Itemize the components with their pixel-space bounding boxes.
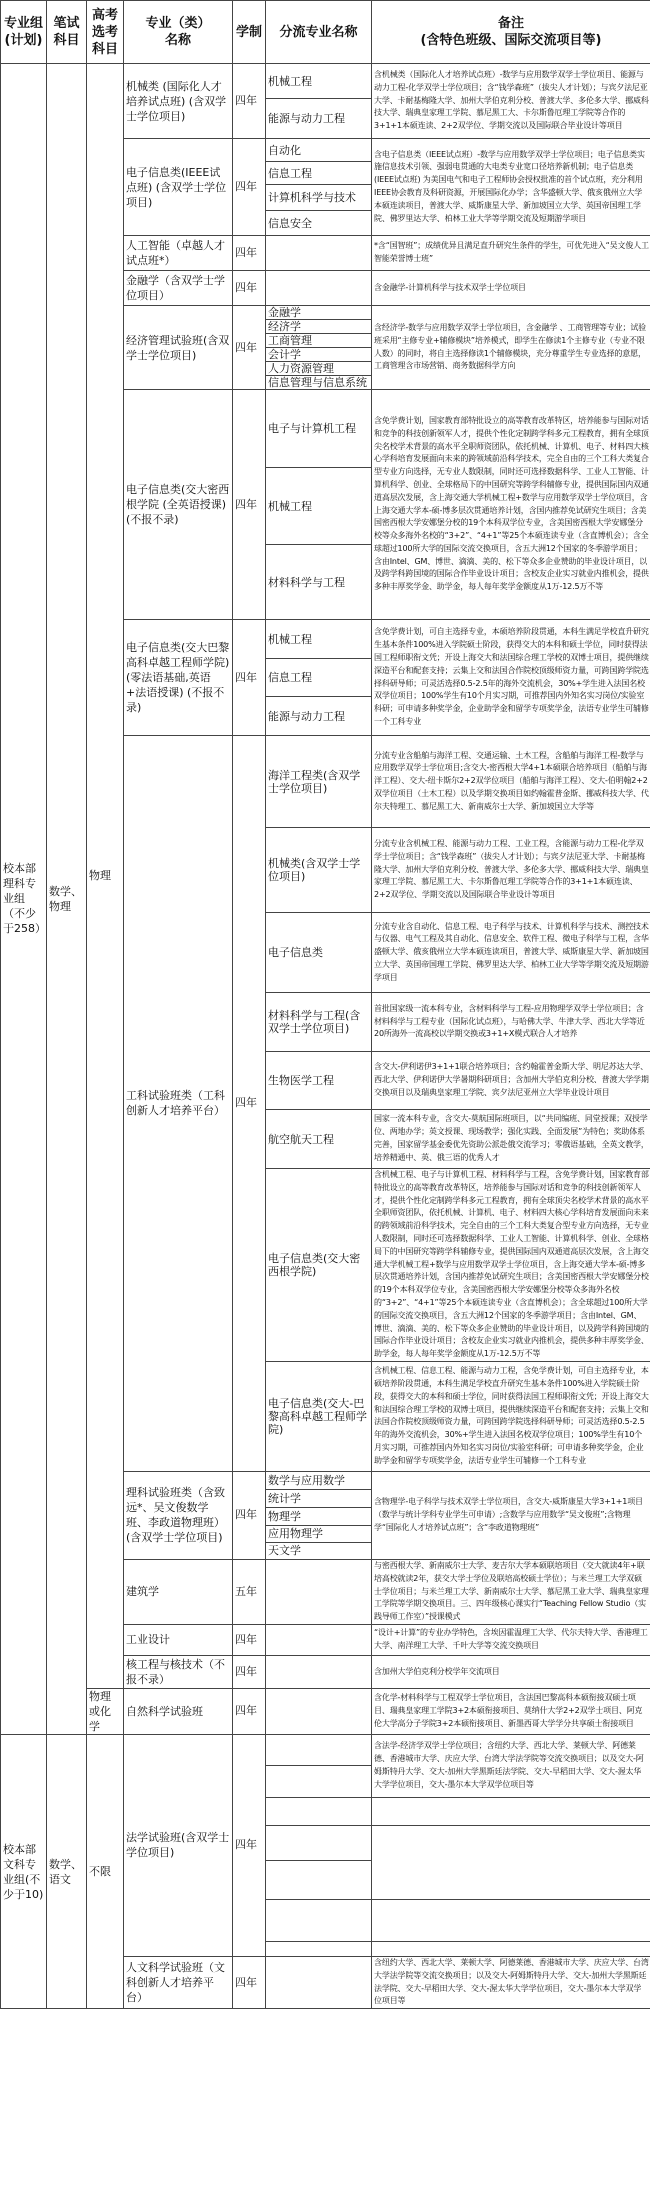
sub-major-name-text: 航空航天工程 — [268, 1133, 334, 1146]
notes: 含免学费计划，国家教育部特批设立的高等教育改革特区，培养能参与国际对话和竞争的科… — [372, 390, 650, 620]
notes: 含物理学-电子科学与技术双学士学位项目，含交大-威斯康星大学3+1+1项目（数学… — [372, 1471, 650, 1559]
notes: 含免学费计划，可自主选择专业，本硕培养阶段贯通，本科生满足学校直升研究生基本条件… — [372, 620, 650, 736]
sub-major-name: 应用物理学 — [266, 1525, 372, 1542]
sub-major-name-text: 电子信息类(交大-巴黎高科卓越工程师学院) — [268, 1397, 367, 1436]
study-length: 四年 — [233, 1956, 266, 2008]
notes-text: 含交大-伊利诺伊3+1+1联合培养项目；含约翰霍普金斯大学、明尼苏达大学、西北大… — [374, 1062, 649, 1097]
header-group-label: 专业组 (计划) — [4, 16, 43, 48]
major-name: 机械类 (国际化人才培养试点班) (含双学士学位项目) — [124, 64, 233, 139]
notes-text: 含物理学-电子科学与技术双学士学位项目，含交大-威斯康星大学3+1+1项目（数学… — [374, 1497, 643, 1532]
major-name: 法学试验班(含双学士学位项目) — [124, 1734, 233, 1956]
written-exam-subjects-text: 数学、物理 — [49, 885, 82, 913]
major-name: 电子信息类(交大密西根学院 (全英语授课) (不报不录) — [124, 390, 233, 620]
selected-subject-text: 不限 — [89, 1865, 111, 1878]
written-exam-subjects-text: 数学、语文 — [49, 1858, 82, 1886]
major-name-text: 金融学（含双学士学位项目） — [126, 274, 225, 302]
major-name: 自然科学试验班 — [124, 1688, 233, 1734]
selected-subject: 不限 — [87, 1734, 124, 2008]
sub-major-name-text: 会计学 — [268, 348, 301, 361]
sub-major-name: 人力资源管理 — [266, 362, 372, 376]
selected-subject-text: 物理 — [89, 869, 111, 882]
study-length: 四年 — [233, 390, 266, 620]
sub-major-name-text: 机械工程 — [268, 500, 312, 513]
sub-major-name-text: 能源与动力工程 — [268, 112, 345, 125]
written-exam-subjects: 数学、物理 — [47, 64, 87, 1735]
header-major-name: 专业（类） 名称 — [124, 1, 233, 64]
notes-text: 含机械工程、信息工程、能源与动力工程，含免学费计划，可自主选择专业，本硕培养阶段… — [374, 1366, 649, 1465]
notes: 含经济学-数学与应用数学双学士学位项目，含金融学 、工商管理等专业；试验班采用“… — [372, 306, 650, 390]
study-length-text: 四年 — [235, 1665, 257, 1678]
notes: *含“国智班”；成绩优异且满足直升研究生条件的学生，可优先进入“吴文俊人工智能荣… — [372, 236, 650, 271]
sub-major-name — [266, 1825, 372, 1860]
sub-major-name — [266, 1797, 372, 1825]
major-name-text: 自然科学试验班 — [126, 1705, 203, 1718]
header-group: 专业组 (计划) — [1, 1, 47, 64]
admission-majors-table: 专业组 (计划) 笔试 科目 高考 选考 科目 专业（类） 名称 学制 分流专业… — [0, 0, 650, 2009]
study-length-text: 四年 — [235, 94, 257, 107]
sub-major-name-text: 材料科学与工程(含双学士学位项目) — [268, 1009, 360, 1035]
sub-major-empty — [266, 1956, 372, 2008]
sub-major-empty — [266, 271, 372, 306]
major-name-text: 电子信息类(交大巴黎高科卓越工程师学院)(零法语基础,英语+法语授课) (不报不… — [126, 641, 229, 714]
sub-major-name-text: 统计学 — [268, 1492, 301, 1505]
sub-major-name: 会计学 — [266, 348, 372, 362]
study-length: 四年 — [233, 139, 266, 236]
sub-major-name-text: 应用物理学 — [268, 1527, 323, 1540]
sub-major-name — [266, 1765, 372, 1797]
study-length: 四年 — [233, 271, 266, 306]
major-name-text: 人文科学试验班（文科创新人才培养平台） — [126, 1961, 225, 2004]
major-name: 建筑学 — [124, 1559, 233, 1624]
header-written-exam: 笔试 科目 — [47, 1, 87, 64]
major-name: 经济管理试验班(含双学士学位项目) — [124, 306, 233, 390]
study-length: 四年 — [233, 306, 266, 390]
sub-major-name — [266, 1734, 372, 1765]
sub-major-name-text: 电子与计算机工程 — [268, 422, 356, 435]
study-length-text: 四年 — [235, 498, 257, 511]
sub-major-name-text: 生物医学工程 — [268, 1074, 334, 1087]
sub-major-name: 机械工程 — [266, 468, 372, 545]
major-name-text: 电子信息类(交大密西根学院 (全英语授课) (不报不录) — [126, 483, 229, 526]
notes: 与密西根大学、新南威尔士大学、麦吉尔大学本硕联培项目（交大就读4年+联培高校就读… — [372, 1559, 650, 1624]
header-major-name-label: 专业（类） 名称 — [145, 16, 210, 48]
notes-text: 含法学-经济学双学士学位项目；含纽约大学、西北大学、莱顿大学、阿德莱德、香港城市… — [374, 1741, 644, 1788]
sub-major-name-text: 材料科学与工程 — [268, 576, 345, 589]
notes: 分流专业含机械工程、能源与动力工程、工业工程，含能源与动力工程-化学双学士学位项… — [372, 828, 650, 913]
study-length: 四年 — [233, 1471, 266, 1559]
sub-major-empty — [266, 236, 372, 271]
notes — [372, 1797, 650, 1825]
sub-major-name: 经济学 — [266, 320, 372, 334]
study-length-text: 四年 — [235, 1704, 257, 1717]
study-length-text: 五年 — [235, 1585, 257, 1598]
header-sub-major-label: 分流专业名称 — [279, 25, 357, 40]
notes-text: *含“国智班”；成绩优异且满足直升研究生条件的学生，可优先进入“吴文俊人工智能荣… — [374, 241, 649, 263]
group-name: 校本部理科专业组（不少于258） — [1, 64, 47, 1735]
sub-major-name-text: 机械类(含双学士学位项目) — [268, 857, 360, 883]
notes-text: 含机械工程、电子与计算机工程、材料科学与工程，含免学费计划，国家教育部特批设立的… — [374, 1170, 649, 1358]
notes: 分流专业含船舶与海洋工程、交通运输、土木工程，含船舶与海洋工程-数学与应用数学双… — [372, 736, 650, 828]
major-name-text: 经济管理试验班(含双学士学位项目) — [126, 334, 229, 362]
sub-major-name-text: 海洋工程类(含双学士学位项目) — [268, 769, 360, 795]
notes-text: 含加州大学伯克利分校学年交流项目 — [374, 1667, 500, 1676]
study-length-text: 四年 — [235, 1838, 257, 1851]
major-name: 工业设计 — [124, 1624, 233, 1655]
sub-major-name-text: 数学与应用数学 — [268, 1474, 345, 1487]
table-row: 校本部理科专业组（不少于258）数学、物理物理机械类 (国际化人才培养试点班) … — [1, 64, 650, 99]
sub-major-name: 电子信息类 — [266, 913, 372, 993]
notes-text: 国家一流本科专业，含交大-莫航国际班项目，以“共同编班、同堂授课；双授学位、两地… — [374, 1114, 649, 1161]
major-name: 金融学（含双学士学位项目） — [124, 271, 233, 306]
notes-text: “设计+计算”的专业办学特色，含埃因霍温理工大学、代尔夫特大学、香港理工大学、南… — [374, 1628, 648, 1650]
study-length: 四年 — [233, 1624, 266, 1655]
table-header-row: 专业组 (计划) 笔试 科目 高考 选考 科目 专业（类） 名称 学制 分流专业… — [1, 1, 650, 64]
sub-major-name: 金融学 — [266, 306, 372, 320]
major-name-text: 工业设计 — [126, 1633, 170, 1646]
notes: 含加州大学伯克利分校学年交流项目 — [372, 1655, 650, 1688]
sub-major-name: 计算机科学与技术 — [266, 185, 372, 211]
header-selected-subjects: 高考 选考 科目 — [87, 1, 124, 64]
study-length: 四年 — [233, 64, 266, 139]
notes — [372, 1941, 650, 1956]
notes-text: 含机械类（国际化人才培养试点班）-数学与应用数学双学士学位项目、能源与动力工程-… — [374, 70, 649, 130]
sub-major-name: 机械工程 — [266, 64, 372, 99]
notes-text: 含纽约大学、西北大学、莱顿大学、阿德莱德、香港城市大学、庆应大学、台湾大学法学院… — [374, 1958, 649, 2005]
header-notes-label: 备注 (含特色班级、国际交流项目等) — [421, 16, 602, 48]
selected-subject: 物理 — [87, 64, 124, 1689]
notes: 含交大-伊利诺伊3+1+1联合培养项目；含约翰霍普金斯大学、明尼苏达大学、西北大… — [372, 1052, 650, 1110]
header-sub-major: 分流专业名称 — [266, 1, 372, 64]
study-length-text: 四年 — [235, 281, 257, 294]
study-length-text: 四年 — [235, 246, 257, 259]
study-length: 四年 — [233, 236, 266, 271]
group-name-text: 校本部理科专业组（不少于258） — [3, 862, 46, 935]
selected-subject: 物理或化学 — [87, 1688, 124, 1734]
study-length-text: 四年 — [235, 671, 257, 684]
notes-text: 分流专业含机械工程、能源与动力工程、工业工程，含能源与动力工程-化学双学士学位项… — [374, 839, 649, 899]
sub-major-name: 自动化 — [266, 139, 372, 162]
sub-major-name: 信息安全 — [266, 211, 372, 236]
group-name: 校本部文科专业组(不少于10) — [1, 1734, 47, 2008]
sub-major-name-text: 人力资源管理 — [268, 362, 334, 375]
study-length-text: 四年 — [235, 180, 257, 193]
sub-major-name: 统计学 — [266, 1489, 372, 1507]
notes-text: 含化学-材料科学与工程双学士学位项目，含法国巴黎高科本硕衔接双硕士项目、瑞典皇家… — [374, 1693, 642, 1728]
sub-major-name: 机械类(含双学士学位项目) — [266, 828, 372, 913]
sub-major-name-text: 信息安全 — [268, 217, 312, 230]
sub-major-name — [266, 1941, 372, 1956]
sub-major-name-text: 信息工程 — [268, 671, 312, 684]
sub-major-name: 数学与应用数学 — [266, 1471, 372, 1489]
sub-major-name-text: 电子信息类 — [268, 946, 323, 959]
notes-text: 含免学费计划，国家教育部特批设立的高等教育改革特区，培养能参与国际对话和竞争的科… — [374, 416, 649, 591]
major-name-text: 人工智能（卓越人才试点班*） — [126, 239, 225, 267]
sub-major-name: 电子信息类(交大-巴黎高科卓越工程师学院) — [266, 1361, 372, 1471]
study-length: 四年 — [233, 736, 266, 1472]
sub-major-name: 能源与动力工程 — [266, 697, 372, 736]
sub-major-name: 物理学 — [266, 1507, 372, 1525]
study-length: 五年 — [233, 1559, 266, 1624]
group-name-text: 校本部文科专业组(不少于10) — [3, 1843, 43, 1901]
sub-major-empty — [266, 1688, 372, 1734]
sub-major-name-text: 工商管理 — [268, 334, 312, 347]
notes: 含化学-材料科学与工程双学士学位项目，含法国巴黎高科本硕衔接双硕士项目、瑞典皇家… — [372, 1688, 650, 1734]
sub-major-name-text: 能源与动力工程 — [268, 710, 345, 723]
sub-major-name: 海洋工程类(含双学士学位项目) — [266, 736, 372, 828]
notes — [372, 1899, 650, 1941]
sub-major-name: 工商管理 — [266, 334, 372, 348]
sub-major-name-text: 天文学 — [268, 1544, 301, 1557]
notes-text: 含经济学-数学与应用数学双学士学位项目，含金融学 、工商管理等专业；试验班采用“… — [374, 323, 646, 370]
major-name: 工科试验班类（工科创新人才培养平台） — [124, 736, 233, 1472]
table-row: 物理或化学自然科学试验班四年含化学-材料科学与工程双学士学位项目，含法国巴黎高科… — [1, 1688, 650, 1734]
sub-major-empty — [266, 1559, 372, 1624]
major-name-text: 核工程与核技术（不报不录） — [126, 1658, 225, 1686]
study-length-text: 四年 — [235, 341, 257, 354]
header-selected-subjects-label: 高考 选考 科目 — [92, 8, 118, 57]
major-name-text: 机械类 (国际化人才培养试点班) (含双学士学位项目) — [126, 80, 226, 123]
sub-major-name: 能源与动力工程 — [266, 99, 372, 139]
major-name-text: 建筑学 — [126, 1585, 159, 1598]
notes: 含机械类（国际化人才培养试点班）-数学与应用数学双学士学位项目、能源与动力工程-… — [372, 64, 650, 139]
major-name-text: 工科试验班类（工科创新人才培养平台） — [126, 1089, 225, 1117]
notes: 含电子信息类（IEEE试点班）-数学与应用数学双学士学位项目；电子信息类实施信息… — [372, 139, 650, 236]
sub-major-name: 材料科学与工程 — [266, 545, 372, 620]
notes: 含金融学-计算机科学与技术双学士学位项目 — [372, 271, 650, 306]
notes: 国家一流本科专业，含交大-莫航国际班项目，以“共同编班、同堂授课；双授学位、两地… — [372, 1110, 650, 1169]
study-length: 四年 — [233, 1734, 266, 1956]
notes-text: 首批国家级一流本科专业，含材料科学与工程-应用物理学双学士学位项目；含材料科学与… — [374, 1004, 645, 1039]
major-name: 人文科学试验班（文科创新人才培养平台） — [124, 1956, 233, 2008]
header-length-label: 学制 — [236, 25, 262, 40]
notes: 含机械工程、信息工程、能源与动力工程，含免学费计划，可自主选择专业，本硕培养阶段… — [372, 1361, 650, 1471]
notes — [372, 1825, 650, 1899]
sub-major-empty — [266, 1624, 372, 1655]
notes-text: 与密西根大学、新南威尔士大学、麦吉尔大学本硕联培项目（交大就读4年+联培高校就读… — [374, 1561, 649, 1621]
sub-major-name: 材料科学与工程(含双学士学位项目) — [266, 993, 372, 1052]
major-name-text: 电子信息类(IEEE试点班) (含双学士学位项目) — [126, 166, 226, 209]
major-name-text: 法学试验班(含双学士学位项目) — [126, 1831, 229, 1859]
sub-major-name-text: 信息工程 — [268, 167, 312, 180]
notes-text: 含免学费计划，可自主选择专业，本硕培养阶段贯通，本科生满足学校直升研究生基本条件… — [374, 627, 649, 726]
notes-text: 含电子信息类（IEEE试点班）-数学与应用数学双学士学位项目；电子信息类实施信息… — [374, 150, 645, 223]
notes: 分流专业含自动化、信息工程、电子科学与技术、计算机科学与技术、测控技术与仪器、电… — [372, 913, 650, 993]
sub-major-name-text: 电子信息类(交大密西根学院) — [268, 1252, 360, 1278]
notes: “设计+计算”的专业办学特色，含埃因霍温理工大学、代尔夫特大学、香港理工大学、南… — [372, 1624, 650, 1655]
sub-major-name: 机械工程 — [266, 620, 372, 659]
sub-major-name — [266, 1899, 372, 1941]
major-name: 电子信息类(交大巴黎高科卓越工程师学院)(零法语基础,英语+法语授课) (不报不… — [124, 620, 233, 736]
sub-major-name-text: 经济学 — [268, 320, 301, 333]
sub-major-name: 生物医学工程 — [266, 1052, 372, 1110]
sub-major-name: 天文学 — [266, 1542, 372, 1559]
notes: 含纽约大学、西北大学、莱顿大学、阿德莱德、香港城市大学、庆应大学、台湾大学法学院… — [372, 1956, 650, 2008]
notes: 含法学-经济学双学士学位项目；含纽约大学、西北大学、莱顿大学、阿德莱德、香港城市… — [372, 1734, 650, 1797]
study-length: 四年 — [233, 620, 266, 736]
sub-major-name-text: 信息管理与信息系统 — [268, 376, 367, 389]
study-length: 四年 — [233, 1655, 266, 1688]
notes: 首批国家级一流本科专业，含材料科学与工程-应用物理学双学士学位项目；含材料科学与… — [372, 993, 650, 1052]
header-written-exam-label: 笔试 科目 — [53, 16, 79, 48]
table-row: 校本部文科专业组(不少于10)数学、语文不限法学试验班(含双学士学位项目)四年含… — [1, 1734, 650, 1765]
sub-major-name-text: 计算机科学与技术 — [268, 191, 356, 204]
sub-major-name-text: 机械工程 — [268, 633, 312, 646]
sub-major-name-text: 物理学 — [268, 1510, 301, 1523]
written-exam-subjects: 数学、语文 — [47, 1734, 87, 2008]
sub-major-name — [266, 1860, 372, 1899]
header-notes: 备注 (含特色班级、国际交流项目等) — [372, 1, 650, 64]
study-length-text: 四年 — [235, 1633, 257, 1646]
notes-text: 分流专业含自动化、信息工程、电子科学与技术、计算机科学与技术、测控技术与仪器、电… — [374, 922, 649, 982]
major-name: 人工智能（卓越人才试点班*） — [124, 236, 233, 271]
sub-major-name: 航空航天工程 — [266, 1110, 372, 1169]
sub-major-name-text: 金融学 — [268, 306, 301, 319]
selected-subject-text: 物理或化学 — [89, 1690, 111, 1733]
sub-major-name-text: 机械工程 — [268, 75, 312, 88]
notes-text: 分流专业含船舶与海洋工程、交通运输、土木工程，含船舶与海洋工程-数学与应用数学双… — [374, 751, 649, 811]
major-name: 理科试验班类（含致远*、吴文俊数学班、李政道物理班）(含双学士学位项目) — [124, 1471, 233, 1559]
sub-major-name: 电子信息类(交大密西根学院) — [266, 1169, 372, 1362]
sub-major-name: 电子与计算机工程 — [266, 390, 372, 468]
sub-major-name-text: 自动化 — [268, 144, 301, 157]
major-name: 电子信息类(IEEE试点班) (含双学士学位项目) — [124, 139, 233, 236]
major-name-text: 理科试验班类（含致远*、吴文俊数学班、李政道物理班）(含双学士学位项目) — [126, 1486, 225, 1544]
header-length: 学制 — [233, 1, 266, 64]
notes-text: 含金融学-计算机科学与技术双学士学位项目 — [374, 283, 526, 292]
major-name: 核工程与核技术（不报不录） — [124, 1655, 233, 1688]
notes: 含机械工程、电子与计算机工程、材料科学与工程，含免学费计划，国家教育部特批设立的… — [372, 1169, 650, 1362]
sub-major-name: 信息管理与信息系统 — [266, 376, 372, 390]
sub-major-name: 信息工程 — [266, 162, 372, 185]
study-length: 四年 — [233, 1688, 266, 1734]
study-length-text: 四年 — [235, 1976, 257, 1989]
study-length-text: 四年 — [235, 1508, 257, 1521]
study-length-text: 四年 — [235, 1096, 257, 1109]
sub-major-empty — [266, 1655, 372, 1688]
sub-major-name: 信息工程 — [266, 659, 372, 697]
